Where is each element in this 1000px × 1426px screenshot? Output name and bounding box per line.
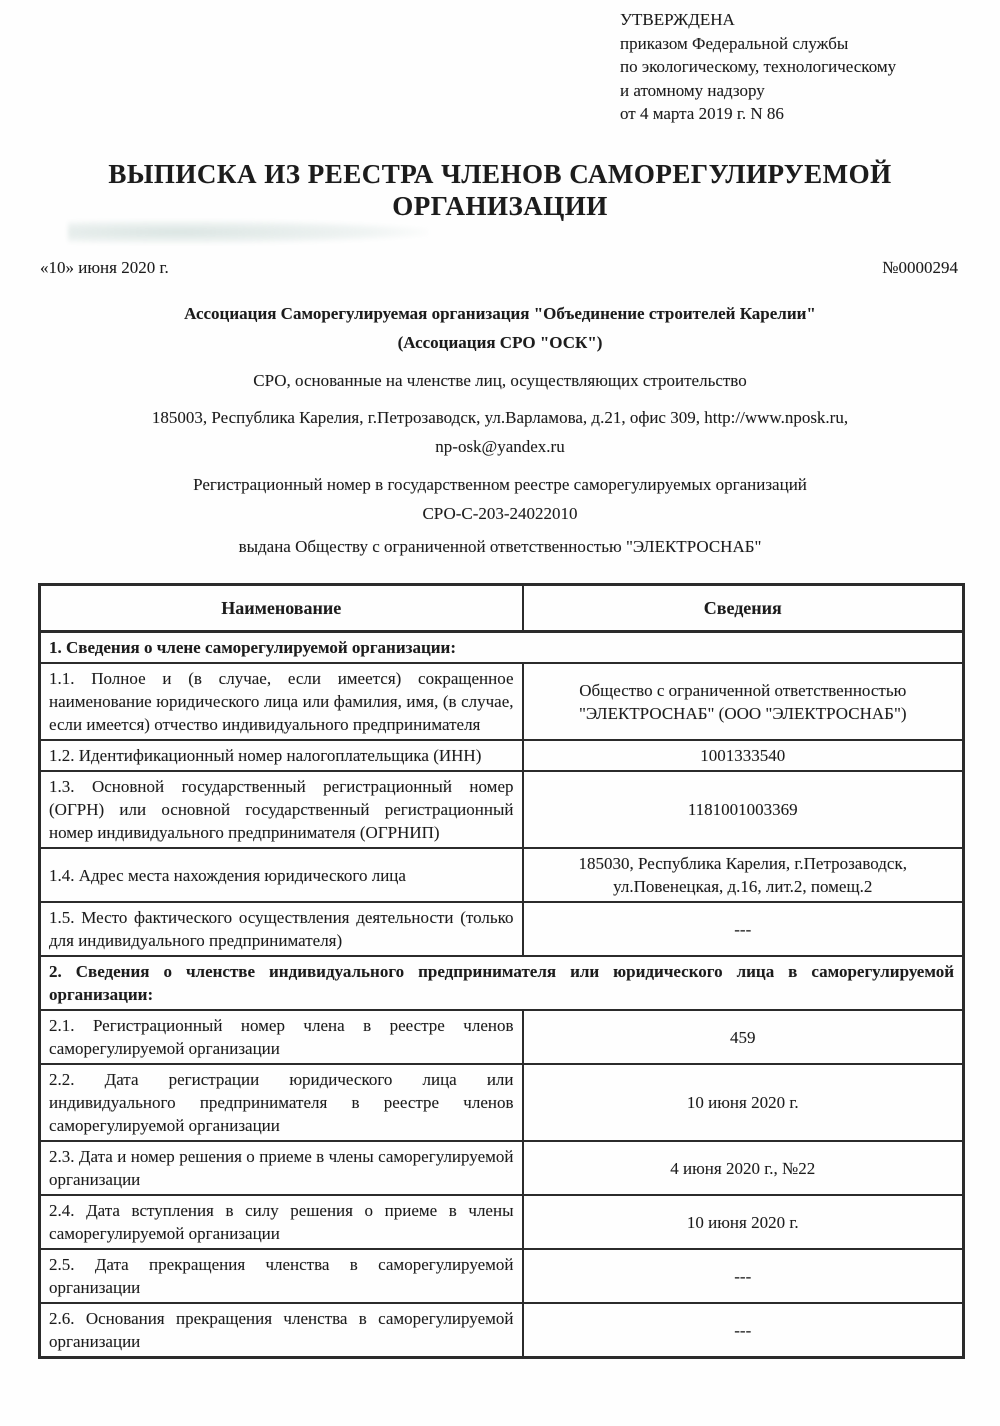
row-value-cell: 1001333540 <box>523 740 964 771</box>
sro-registration-number: СРО-С-203-24022010 <box>0 499 1000 528</box>
row-label-cell: 1.3. Основной государственный регистраци… <box>40 771 523 848</box>
row-label-cell: 1.1. Полное и (в случае, если имеется) с… <box>40 663 523 740</box>
table-header-row: Наименование Сведения <box>40 585 964 632</box>
table-row: 1.1. Полное и (в случае, если имеется) с… <box>40 663 964 740</box>
row-label-cell: 1.2. Идентификационный номер налогоплате… <box>40 740 523 771</box>
row-value-cell: 459 <box>523 1010 964 1064</box>
table-row: 2.2. Дата регистрации юридического лица … <box>40 1064 964 1141</box>
table-section-row: 2. Сведения о членстве индивидуального п… <box>40 956 964 1010</box>
registry-table: Наименование Сведения 1. Сведения о член… <box>38 583 965 1359</box>
approval-line: и атомному надзору <box>620 79 896 103</box>
row-label-cell: 2.2. Дата регистрации юридического лица … <box>40 1064 523 1141</box>
table-row: 1.4. Адрес места нахождения юридического… <box>40 848 964 902</box>
row-label-cell: 2.3. Дата и номер решения о приеме в чле… <box>40 1141 523 1195</box>
row-value-cell: Общество с ограниченной ответственностью… <box>523 663 964 740</box>
row-label-cell: 2.1. Регистрационный номер члена в реест… <box>40 1010 523 1064</box>
approval-line: от 4 марта 2019 г. N 86 <box>620 102 896 126</box>
row-value-cell: 10 июня 2020 г. <box>523 1195 964 1249</box>
row-label-cell: 2.5. Дата прекращения членства в саморег… <box>40 1249 523 1303</box>
document-title-line: ВЫПИСКА ИЗ РЕЕСТРА ЧЛЕНОВ САМОРЕГУЛИРУЕМ… <box>0 158 1000 190</box>
sro-type: СРО, основанные на членстве лиц, осущест… <box>0 366 1000 395</box>
row-value-cell: --- <box>523 1303 964 1358</box>
row-value-cell: 185030, Республика Карелия, г.Петрозавод… <box>523 848 964 902</box>
row-label-cell: 1.5. Место фактического осуществления де… <box>40 902 523 956</box>
sro-name-line: Ассоциация Саморегулируемая организация … <box>0 299 1000 328</box>
sro-address-line: 185003, Республика Карелия, г.Петрозавод… <box>0 403 1000 432</box>
approval-block: УТВЕРЖДЕНА приказом Федеральной службы п… <box>620 8 896 126</box>
issued-to: выдана Обществу с ограниченной ответстве… <box>0 532 1000 561</box>
row-value-cell: --- <box>523 1249 964 1303</box>
table-section-row: 1. Сведения о члене саморегулируемой орг… <box>40 632 964 664</box>
sro-name-line: (Ассоциация СРО "ОСК") <box>0 328 1000 357</box>
table-row: 2.6. Основания прекращения членства в са… <box>40 1303 964 1358</box>
sro-name: Ассоциация Саморегулируемая организация … <box>0 299 1000 357</box>
document-number: №0000294 <box>882 258 958 278</box>
document-date: «10» июня 2020 г. <box>40 258 169 278</box>
section-label: 2. Сведения о членстве индивидуального п… <box>40 956 964 1010</box>
sro-registration-label: Регистрационный номер в государственном … <box>0 470 1000 499</box>
sro-registration: Регистрационный номер в государственном … <box>0 470 1000 528</box>
row-label-cell: 2.6. Основания прекращения членства в са… <box>40 1303 523 1358</box>
scan-artifact <box>68 220 428 244</box>
row-value-cell: --- <box>523 902 964 956</box>
row-label-cell: 1.4. Адрес места нахождения юридического… <box>40 848 523 902</box>
document-page: УТВЕРЖДЕНА приказом Федеральной службы п… <box>0 0 1000 1426</box>
row-value-cell: 1181001003369 <box>523 771 964 848</box>
table-row: 1.3. Основной государственный регистраци… <box>40 771 964 848</box>
approval-line: приказом Федеральной службы <box>620 32 896 56</box>
meta-row: «10» июня 2020 г. №0000294 <box>40 258 958 278</box>
table-row: 1.5. Место фактического осуществления де… <box>40 902 964 956</box>
table-row: 2.3. Дата и номер решения о приеме в чле… <box>40 1141 964 1195</box>
column-header-name: Наименование <box>40 585 523 632</box>
row-label-cell: 2.4. Дата вступления в силу решения о пр… <box>40 1195 523 1249</box>
approval-line: по экологическому, технологическому <box>620 55 896 79</box>
approval-line: УТВЕРЖДЕНА <box>620 8 896 32</box>
row-value-cell: 10 июня 2020 г. <box>523 1064 964 1141</box>
table-row: 2.5. Дата прекращения членства в саморег… <box>40 1249 964 1303</box>
column-header-info: Сведения <box>523 585 964 632</box>
table-row: 2.1. Регистрационный номер члена в реест… <box>40 1010 964 1064</box>
table-row: 2.4. Дата вступления в силу решения о пр… <box>40 1195 964 1249</box>
row-value-cell: 4 июня 2020 г., №22 <box>523 1141 964 1195</box>
table-row: 1.2. Идентификационный номер налогоплате… <box>40 740 964 771</box>
section-label: 1. Сведения о члене саморегулируемой орг… <box>40 632 964 664</box>
document-title: ВЫПИСКА ИЗ РЕЕСТРА ЧЛЕНОВ САМОРЕГУЛИРУЕМ… <box>0 158 1000 222</box>
document-title-line: ОРГАНИЗАЦИИ <box>0 190 1000 222</box>
sro-address-line: np-osk@yandex.ru <box>0 432 1000 461</box>
sro-address: 185003, Республика Карелия, г.Петрозавод… <box>0 403 1000 461</box>
